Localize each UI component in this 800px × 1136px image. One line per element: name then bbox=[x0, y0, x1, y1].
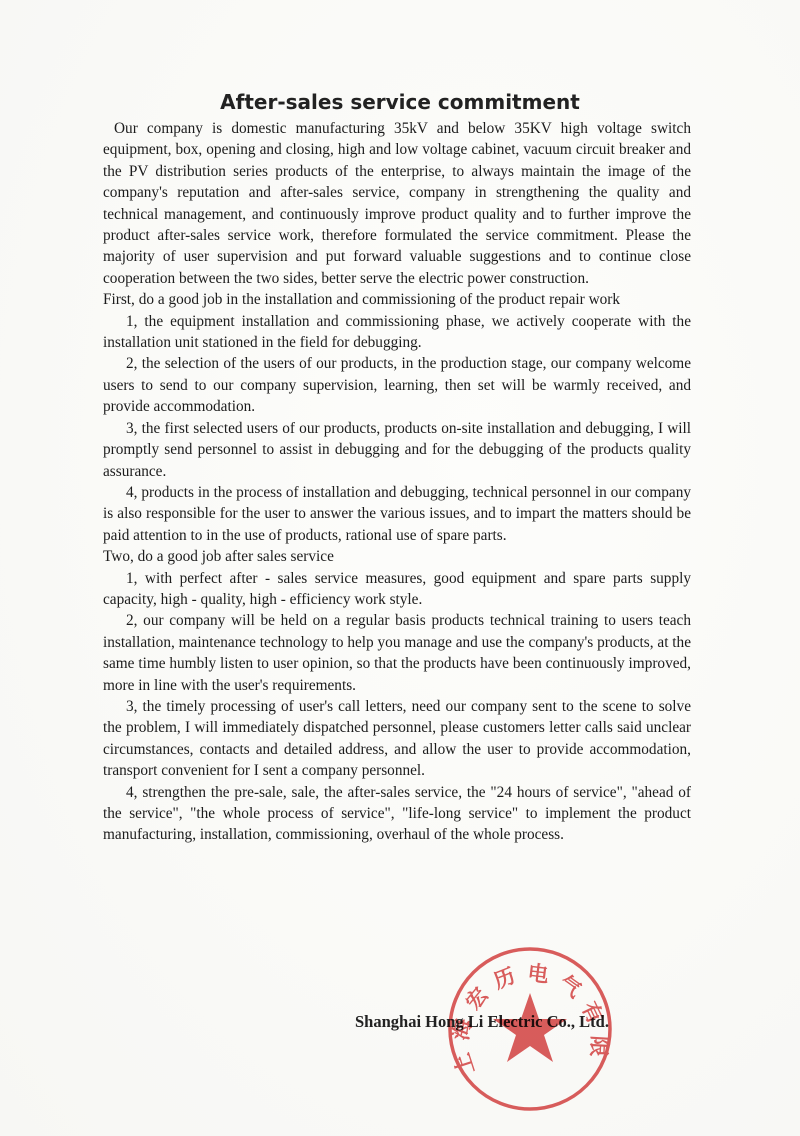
section-heading-2: Two, do a good job after sales service bbox=[103, 546, 691, 567]
list-item: 3, the first selected users of our produ… bbox=[103, 418, 691, 482]
list-item: 4, strengthen the pre-sale, sale, the af… bbox=[103, 782, 691, 846]
list-item: 2, our company will be held on a regular… bbox=[103, 610, 691, 696]
list-item: 4, products in the process of installati… bbox=[103, 482, 691, 546]
document-body: Our company is domestic manufacturing 35… bbox=[103, 118, 691, 846]
section-heading-1: First, do a good job in the installation… bbox=[103, 289, 691, 310]
intro-paragraph: Our company is domestic manufacturing 35… bbox=[103, 118, 691, 289]
list-item: 1, the equipment installation and commis… bbox=[103, 311, 691, 354]
document-title: After-sales service commitment bbox=[0, 90, 800, 114]
company-seal-stamp: 上海宏历电气有限公司 bbox=[446, 945, 614, 1113]
star-icon bbox=[493, 993, 567, 1062]
list-item: 1, with perfect after - sales service me… bbox=[103, 568, 691, 611]
list-item: 2, the selection of the users of our pro… bbox=[103, 353, 691, 417]
document-page: After-sales service commitment Our compa… bbox=[0, 0, 800, 1136]
list-item: 3, the timely processing of user's call … bbox=[103, 696, 691, 782]
